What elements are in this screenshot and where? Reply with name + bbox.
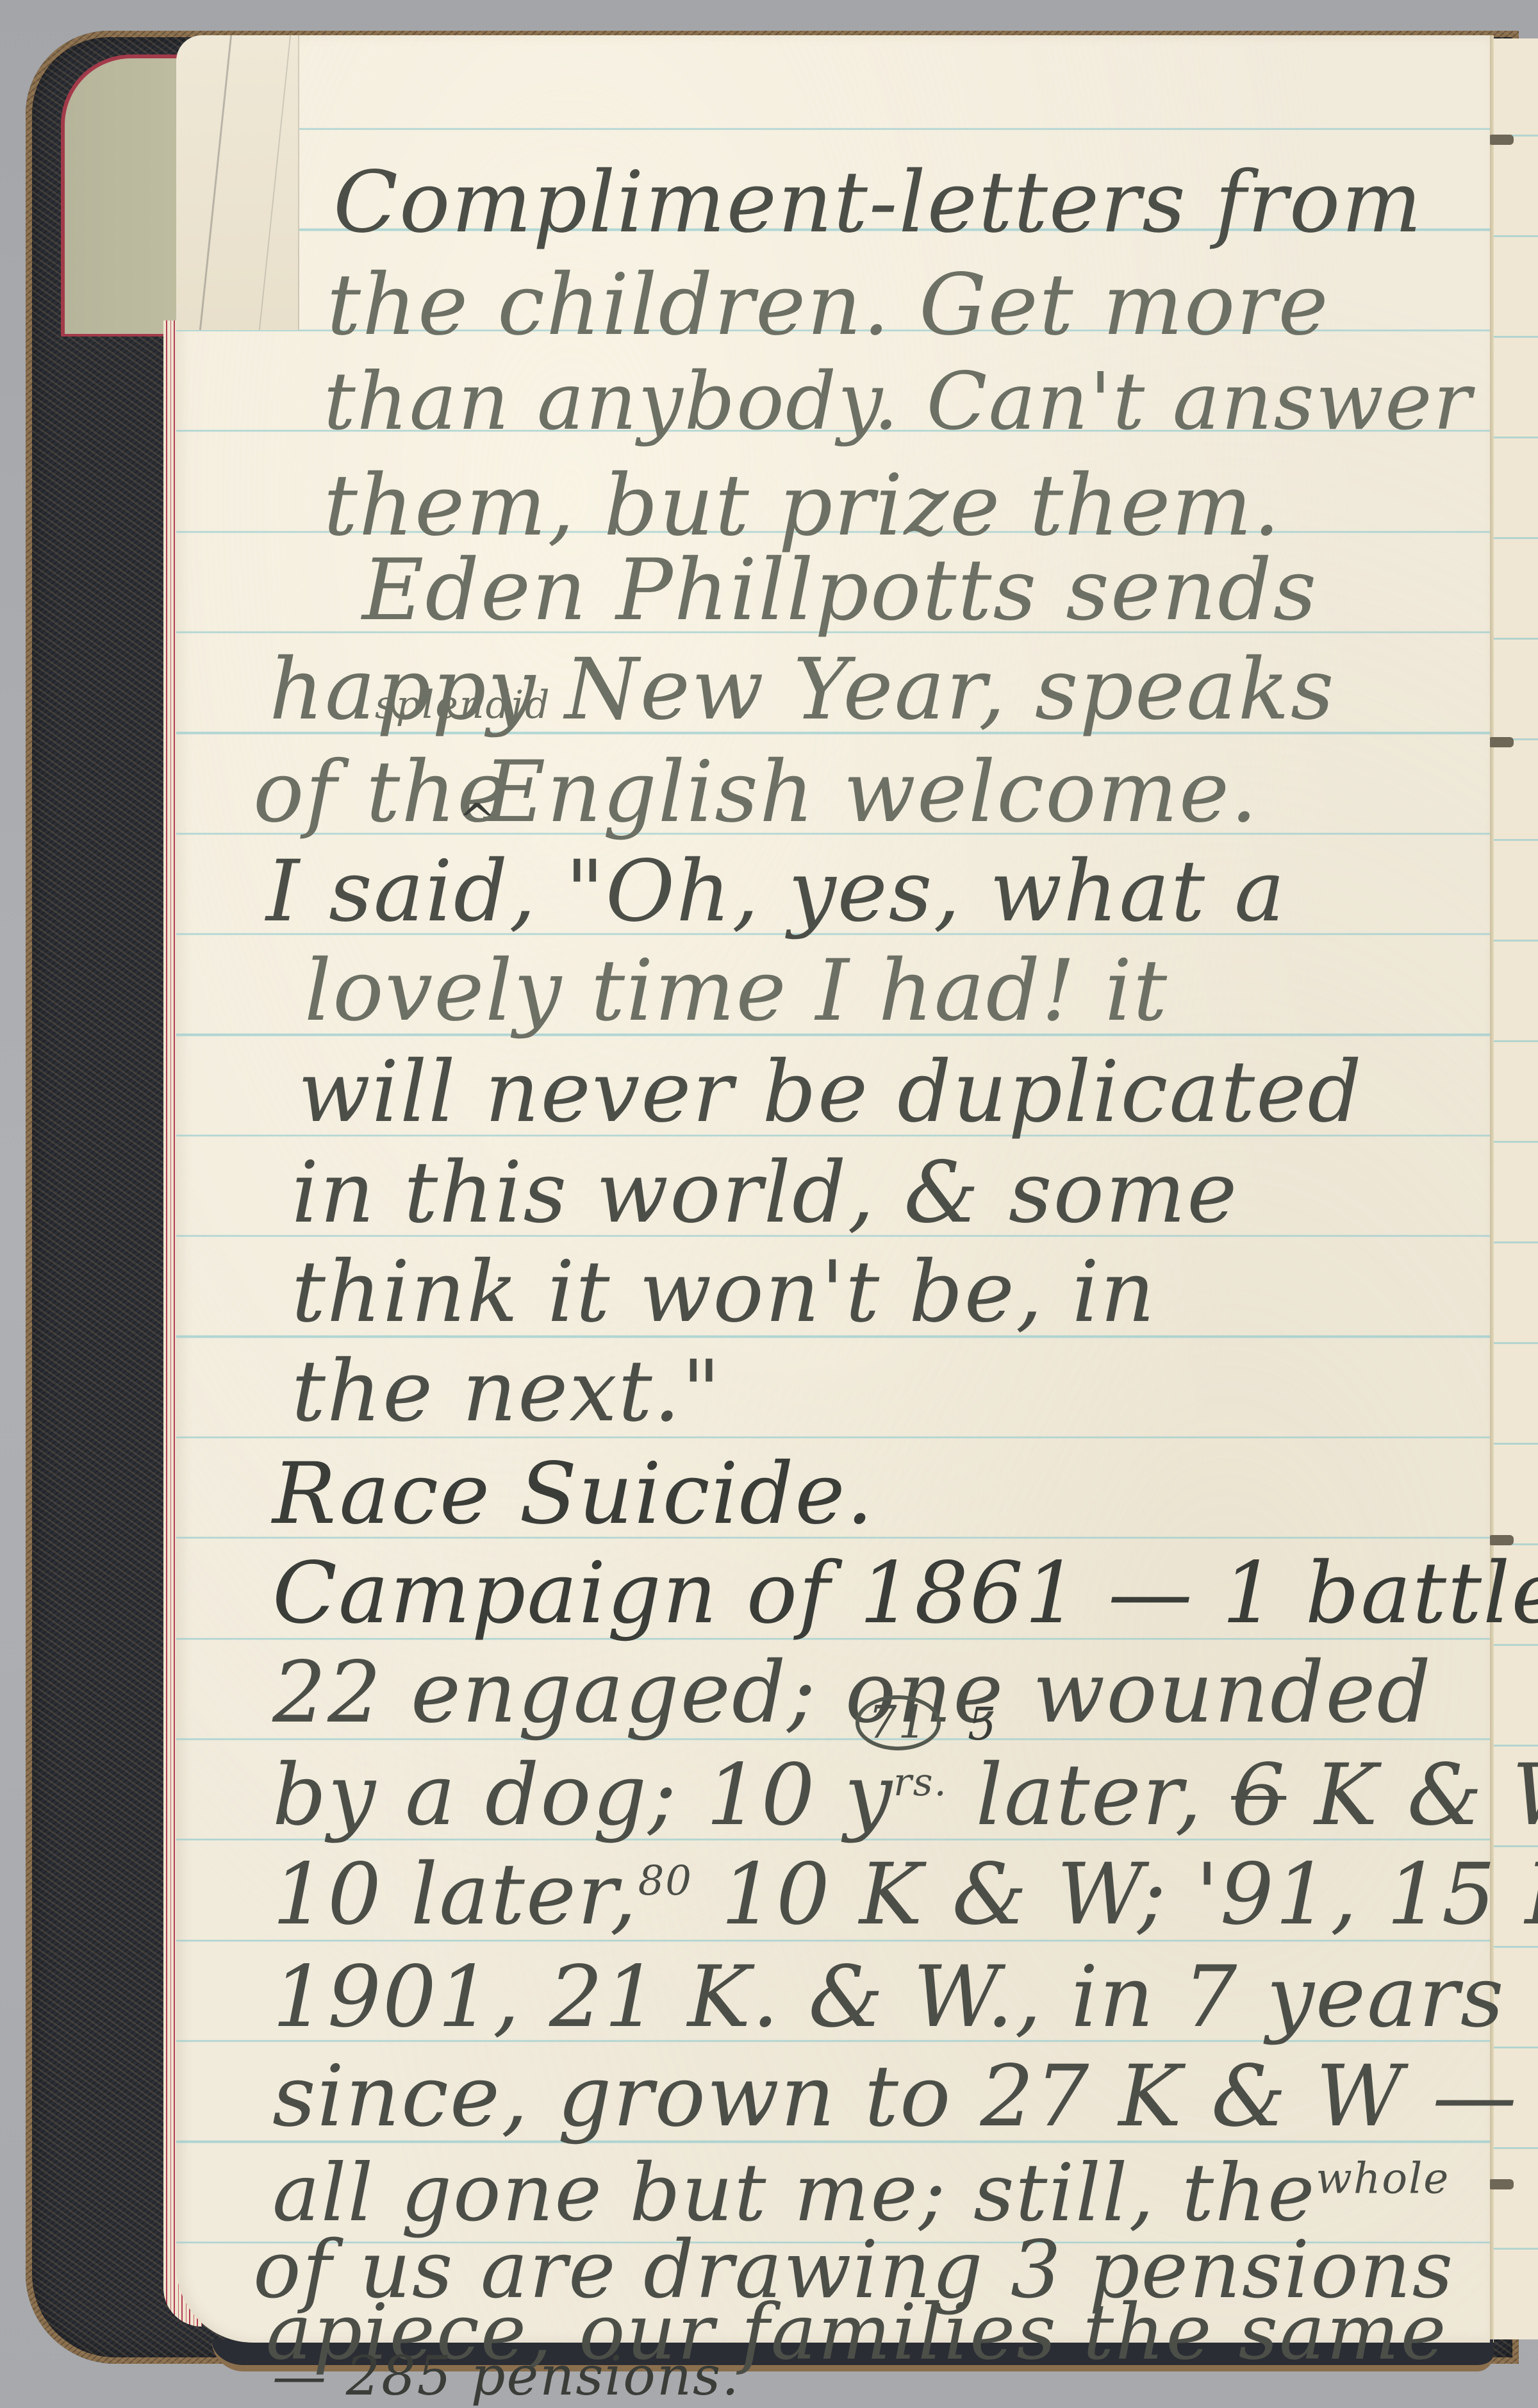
line-text: 10 later, xyxy=(272,1845,638,1944)
line-text: 10 K & W; '91, 15 K & W; xyxy=(721,1845,1538,1944)
handwritten-line: I said, "Oh, yes, what a xyxy=(266,849,1286,934)
superscript: rs. xyxy=(893,1760,948,1805)
handwritten-line-annotated: 10 later,80 10 K & W; '91, 15 K & W; xyxy=(272,1852,1538,1937)
binding-thread xyxy=(1488,737,1514,747)
torn-corner-patch xyxy=(176,35,299,330)
handwritten-line: them, but prize them. xyxy=(324,463,1282,548)
entry-heading: Race Suicide. xyxy=(272,1452,875,1536)
handwritten-line: since, grown to 27 K & W — xyxy=(272,2054,1518,2139)
superscript: 80 xyxy=(638,1857,693,1905)
binding-thread xyxy=(1488,2179,1514,2189)
handwritten-line: than anybody. Can't answer xyxy=(324,362,1473,442)
handwritten-line: English welcome. xyxy=(484,750,1259,834)
superscript: whole xyxy=(1316,2154,1450,2204)
caret-mark: ^ xyxy=(458,798,497,843)
handwritten-line: — 285 pensions. xyxy=(272,2349,740,2403)
handwritten-line: will never be duplicated xyxy=(298,1050,1363,1134)
circled-number: 71 xyxy=(856,1695,941,1750)
handwritten-line: Campaign of 1861 — 1 battle; xyxy=(272,1551,1538,1636)
handwritten-line: the children. Get more xyxy=(327,263,1330,347)
line-text: by a dog; 10 y xyxy=(272,1746,893,1845)
inserted-word: splendid xyxy=(375,686,551,724)
handwritten-line-annotated: all gone but me; still, thewhole xyxy=(272,2154,1450,2233)
handwritten-line: Compliment-letters from xyxy=(333,160,1423,245)
handwritten-line: 22 engaged; one wounded xyxy=(272,1650,1432,1735)
handwritten-line: in this world, & some xyxy=(292,1150,1238,1235)
correction-number: 5 xyxy=(968,1702,998,1747)
handwritten-line: 1901, 21 K. & W., in 7 years xyxy=(272,1955,1505,2039)
handwritten-line: think it won't be, in xyxy=(292,1250,1156,1334)
handwritten-line: Eden Phillpotts sends xyxy=(362,548,1318,633)
handwritten-line-annotated: by a dog; 10 yrs. later, 6 K & W; xyxy=(272,1753,1538,1838)
handwritten-line: lovely time I had! it xyxy=(304,949,1168,1033)
struck-number: 6 xyxy=(1231,1746,1286,1845)
line-text: later, xyxy=(948,1746,1203,1845)
binding-thread xyxy=(1488,135,1514,145)
circled-annotation: 71 xyxy=(856,1695,941,1750)
handwritten-line: the next." xyxy=(292,1349,722,1434)
notebook-page: Compliment-letters from the children. Ge… xyxy=(176,35,1490,2343)
line-text: K & W; xyxy=(1314,1746,1538,1845)
